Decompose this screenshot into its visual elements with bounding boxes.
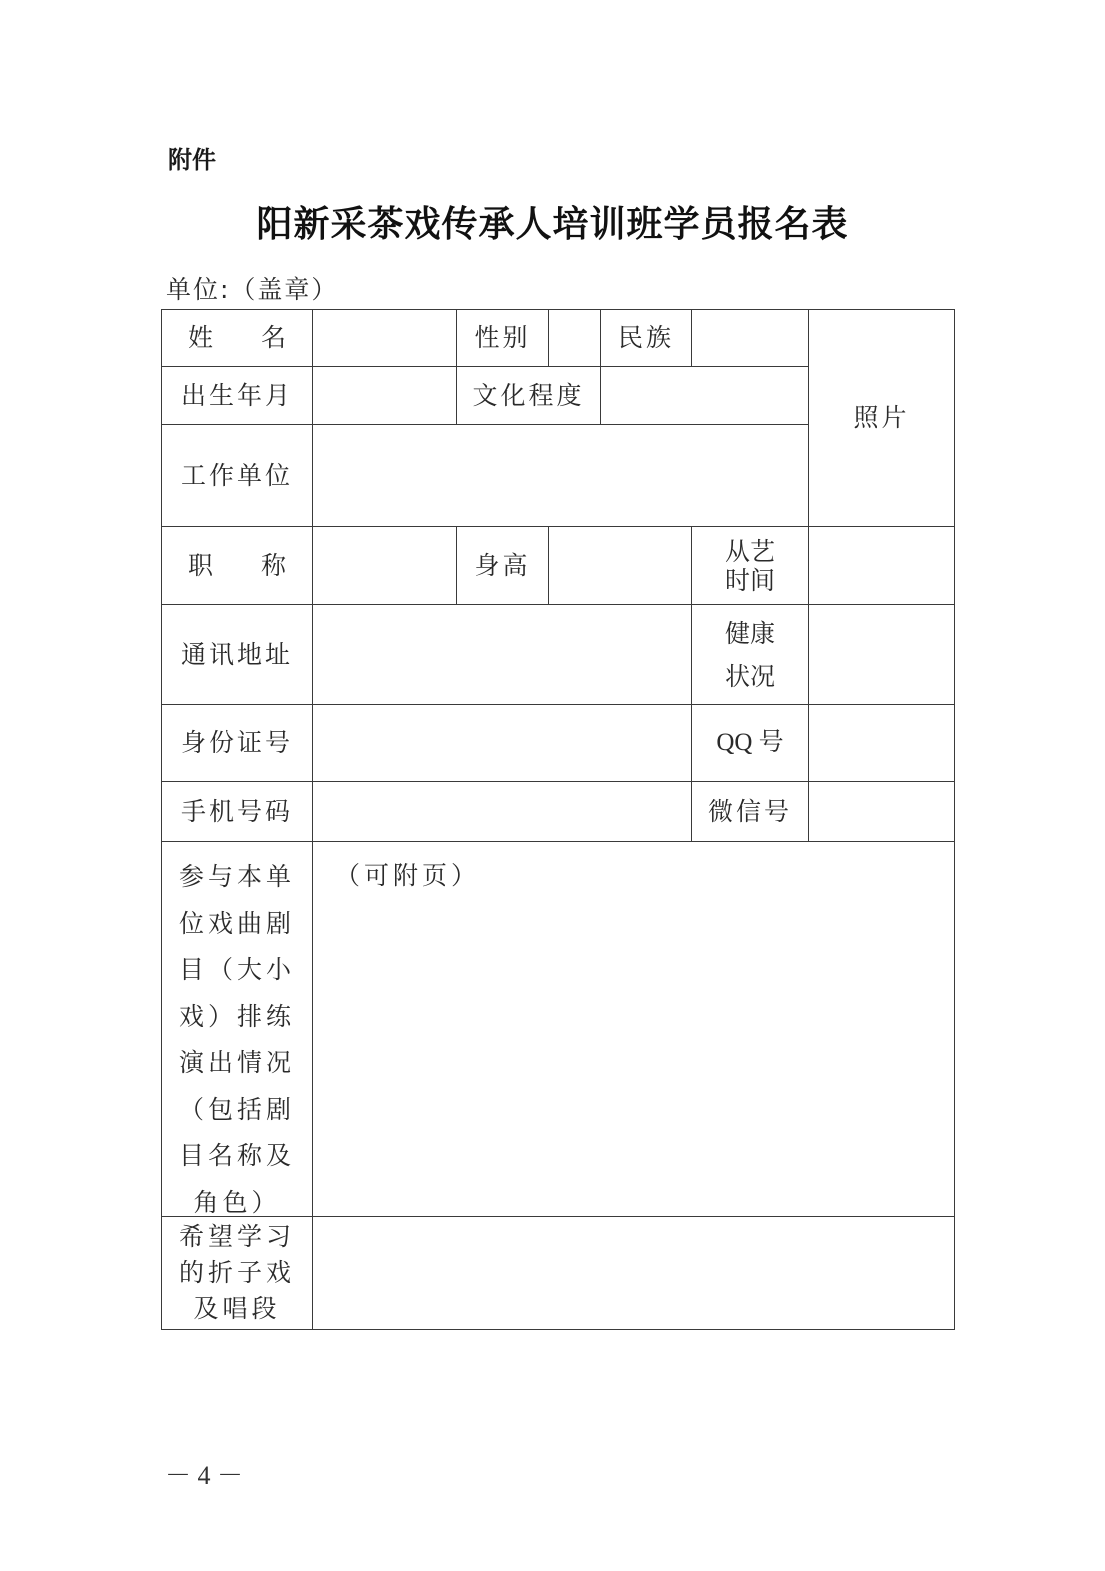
label-ethnicity: 民族 xyxy=(600,309,692,367)
label-performances-line: 参与本单 xyxy=(179,854,295,901)
label-wish-line: 及唱段 xyxy=(193,1291,280,1327)
label-performances-line: 位戏曲剧 xyxy=(179,901,295,948)
id-number-field[interactable] xyxy=(312,704,692,782)
birth-field[interactable] xyxy=(312,366,457,425)
label-art-years-2: 时间 xyxy=(725,566,775,595)
art-years-field[interactable] xyxy=(808,526,955,605)
label-workplace: 工作单位 xyxy=(161,424,313,527)
qq-field[interactable] xyxy=(808,704,955,782)
height-field[interactable] xyxy=(548,526,692,605)
performances-field[interactable]: （可附页） xyxy=(312,841,955,1217)
label-wish-line: 希望学习 xyxy=(179,1219,295,1255)
attach-page-note: （可附页） xyxy=(335,860,480,891)
label-performances-line: 演出情况 xyxy=(179,1040,295,1087)
label-phone: 手机号码 xyxy=(161,781,313,842)
label-height: 身高 xyxy=(456,526,549,605)
label-performances: 参与本单 位戏曲剧 目（大小 戏）排练 演出情况 （包括剧 目名称及 角色） xyxy=(161,841,313,1217)
registration-form-table: 姓 名 性别 民族 照片 出生年月 文化程度 工作单位 职 称 身高 从艺 时间… xyxy=(0,0,1105,1571)
label-education: 文化程度 xyxy=(456,366,601,425)
label-performances-line: 目名称及 xyxy=(179,1133,295,1180)
wish-field[interactable] xyxy=(312,1216,955,1330)
label-title-1: 职 xyxy=(188,550,213,581)
name-field[interactable] xyxy=(312,309,457,367)
title-field[interactable] xyxy=(312,526,457,605)
label-name: 姓 名 xyxy=(161,309,313,367)
ethnicity-field[interactable] xyxy=(691,309,809,367)
health-field[interactable] xyxy=(808,604,955,705)
workplace-field[interactable] xyxy=(312,424,809,527)
label-address: 通讯地址 xyxy=(161,604,313,705)
education-field[interactable] xyxy=(600,366,809,425)
page-number: － 4 － xyxy=(165,1455,243,1492)
photo-box[interactable]: 照片 xyxy=(808,309,955,527)
label-gender: 性别 xyxy=(456,309,549,367)
label-wechat: 微信号 xyxy=(691,781,809,842)
label-art-years-1: 从艺 xyxy=(725,537,775,566)
label-birth: 出生年月 xyxy=(161,366,313,425)
label-title-2: 称 xyxy=(261,550,286,581)
label-performances-line: 目（大小 xyxy=(179,947,295,994)
label-name-2: 名 xyxy=(261,322,286,353)
label-health-1: 健康 xyxy=(725,612,775,655)
label-performances-line: 戏）排练 xyxy=(179,994,295,1041)
label-wish-line: 的折子戏 xyxy=(179,1255,295,1291)
label-wish: 希望学习 的折子戏 及唱段 xyxy=(161,1216,313,1330)
label-performances-line: （包括剧 xyxy=(179,1087,295,1134)
label-health: 健康 状况 xyxy=(691,604,809,705)
phone-field[interactable] xyxy=(312,781,692,842)
label-qq: QQ 号 xyxy=(691,704,809,782)
label-health-2: 状况 xyxy=(725,655,775,698)
label-name-1: 姓 xyxy=(188,322,213,353)
label-art-years: 从艺 时间 xyxy=(691,526,809,605)
address-field[interactable] xyxy=(312,604,692,705)
label-title: 职 称 xyxy=(161,526,313,605)
label-id-number: 身份证号 xyxy=(161,704,313,782)
wechat-field[interactable] xyxy=(808,781,955,842)
gender-field[interactable] xyxy=(548,309,601,367)
